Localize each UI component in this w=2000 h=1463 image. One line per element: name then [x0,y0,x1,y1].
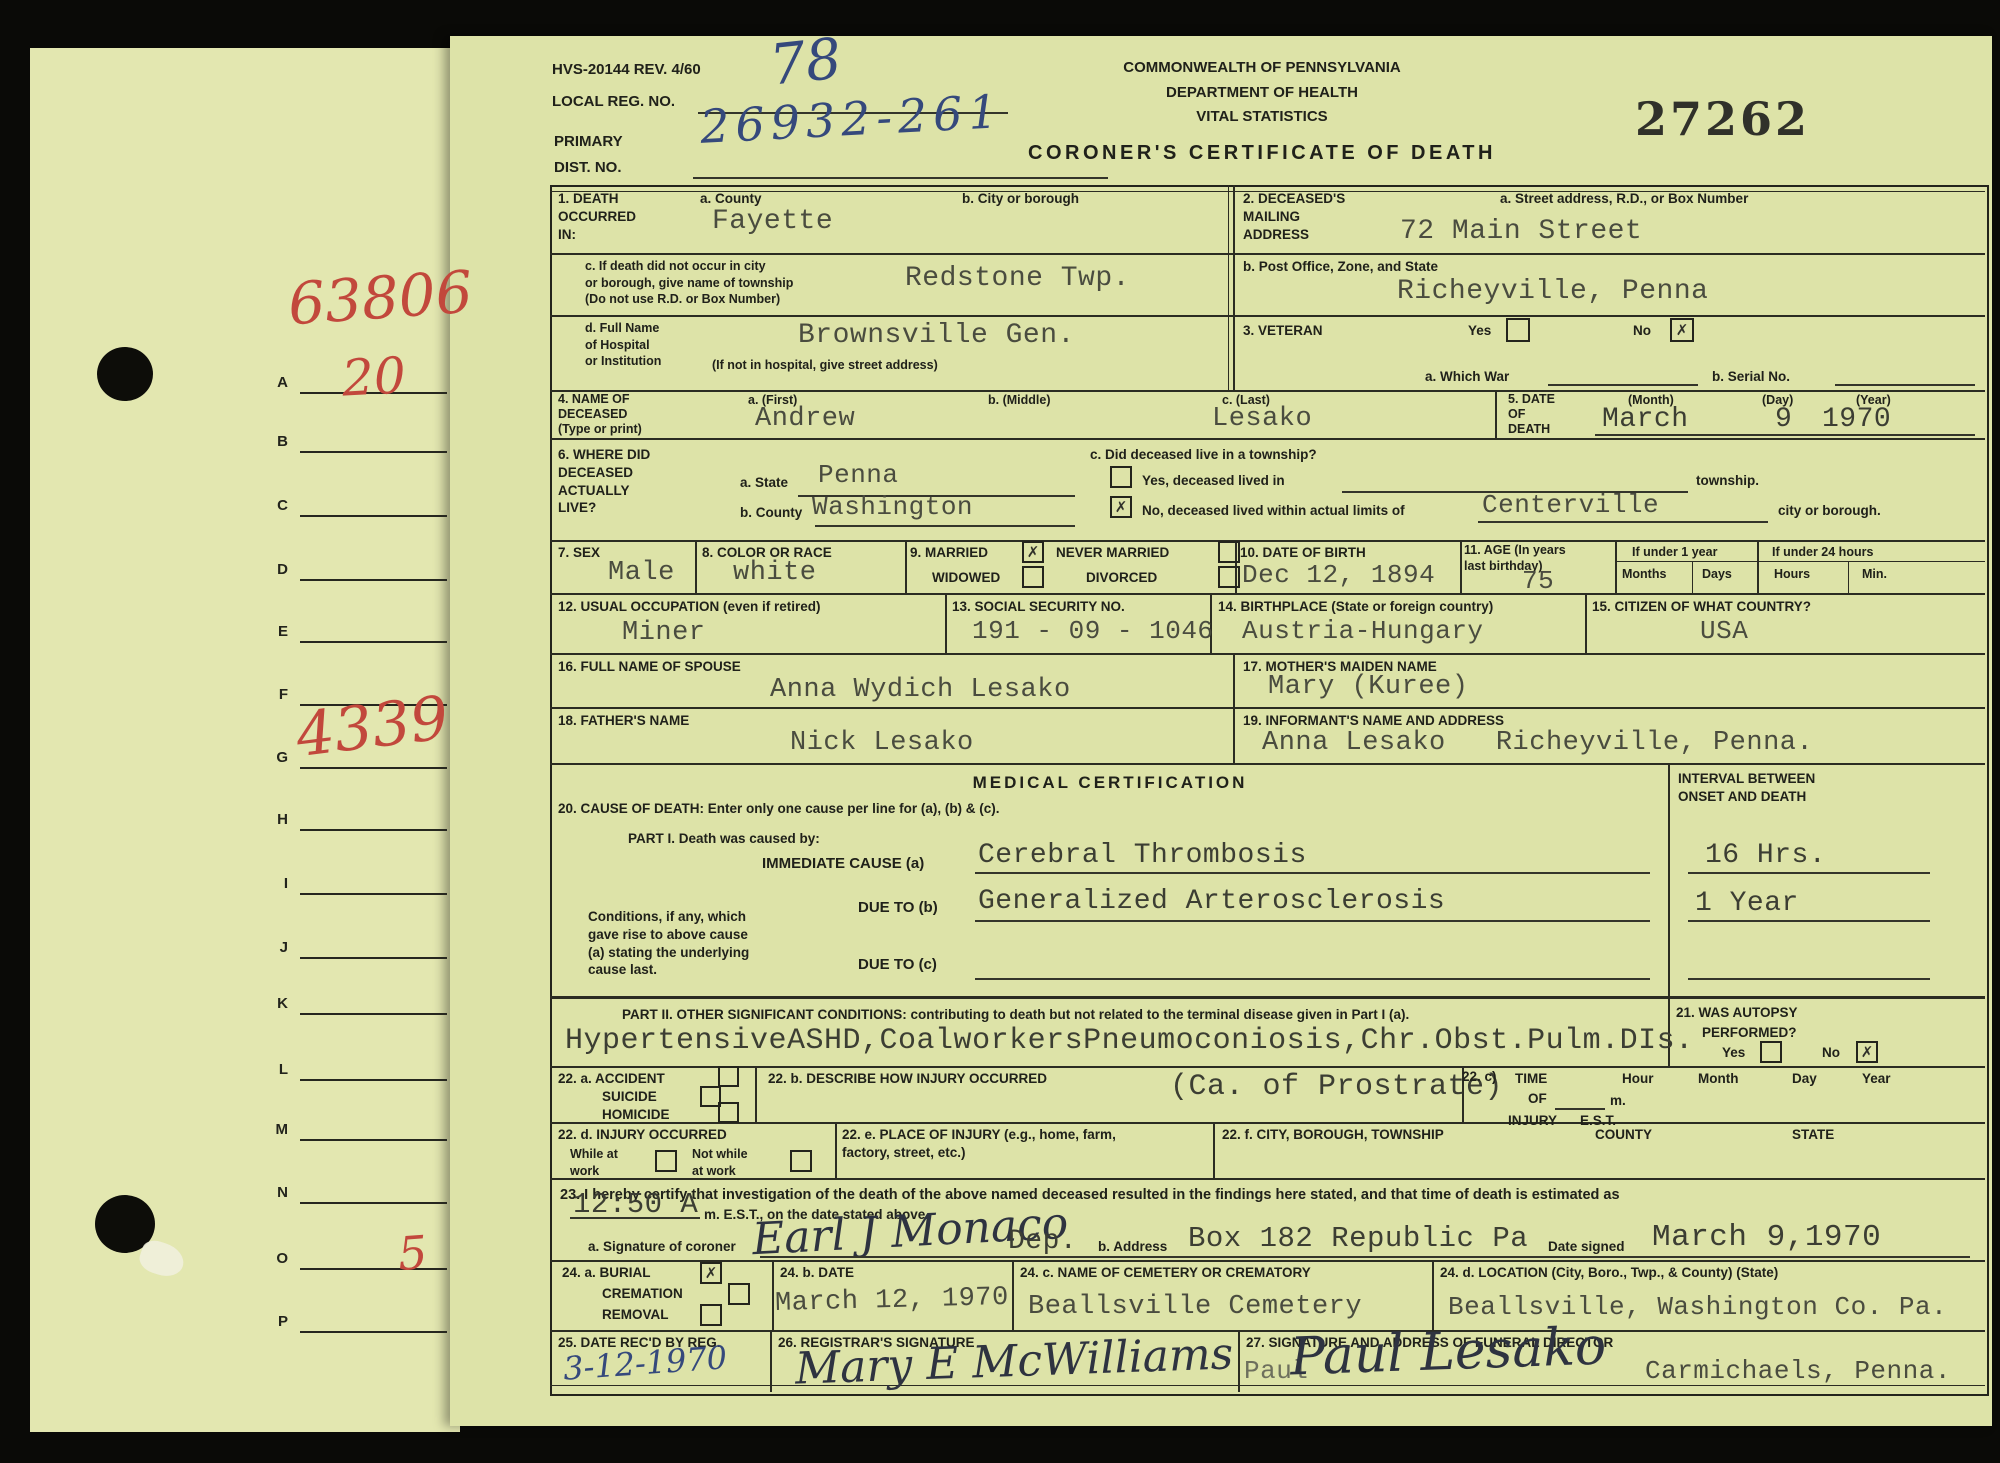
s11-min-label: Min. [1862,566,1887,583]
margin-line-e [300,641,447,643]
s6-limits-value: Centerville [1482,490,1659,520]
interval-header: INTERVAL BETWEEN ONSET AND DEATH [1678,770,1815,806]
s3-no-checkbox: ✗ [1670,318,1694,342]
s11-days-label: Days [1702,566,1732,583]
margin-letter-h: H [262,811,288,828]
margin-letter-b: B [262,433,288,450]
s22-c-of-label: OF [1528,1090,1547,1108]
s1-township-label: c. If death did not occur in city or bor… [585,258,793,308]
s9-married-checkbox: ✗ [1022,541,1044,563]
s1-label: 1. DEATH OCCURRED IN: [558,190,636,243]
s9-widowed-checkbox [1022,566,1044,588]
s21-label2: PERFORMED? [1702,1024,1797,1042]
s22-c-injury-label: INJURY [1508,1112,1557,1130]
s6-state-label: a. State [740,474,788,492]
s10-value: Dec 12, 1894 [1242,560,1435,590]
s22-c-number: 22. c) [1462,1068,1497,1086]
s22-homicide-label: HOMICIDE [602,1106,670,1124]
s20-part1-label: PART I. Death was caused by: [628,830,820,848]
s1-hospital-label: d. Full Name of Hospital or Institution [585,320,661,370]
s6-yes-text: Yes, deceased lived in [1142,472,1285,490]
s22-not-while-checkbox [790,1150,812,1172]
s5-label: 5. DATE OF DEATH [1508,392,1555,437]
dist-no-label: DIST. NO. [554,158,622,178]
funeral-director-signature: Paul Lesako [1289,1317,1607,1388]
s24-location-label: 24. d. LOCATION (City, Boro., Twp., & Co… [1440,1264,1778,1282]
s20-immediate-interval: 16 Hrs. [1705,840,1826,871]
margin-letter-p: P [262,1313,288,1330]
margin-letter-n: N [262,1184,288,1201]
primary-label: PRIMARY [554,132,623,152]
s24-removal-checkbox [700,1304,722,1326]
s13-value: 191 - 09 - 1046 [972,616,1214,646]
margin-letter-c: C [262,497,288,514]
part2-label: PART II. OTHER SIGNIFICANT CONDITIONS: c… [622,1006,1409,1024]
s1-hospital-value: Brownsville Gen. [798,320,1075,351]
s14-label: 14. BIRTHPLACE (State or foreign country… [1218,598,1493,616]
s12-value: Miner [622,618,706,648]
s6-county-value: Washington [812,492,973,522]
s24-cemetery-value: Beallsville Cemetery [1028,1292,1362,1322]
s9-never-label: NEVER MARRIED [1056,544,1169,562]
s2-label: 2. DECEASED'S MAILING ADDRESS [1243,190,1345,243]
scanned-death-certificate: A63806B20CDEFGH4339IJKLMNOP5 HVS-20144 R… [0,0,2000,1463]
s20-immediate-label: IMMEDIATE CAUSE (a) [762,854,924,874]
s22-not-while-label: Not while at work [692,1146,748,1179]
s4-label: 4. NAME OF DECEASED (Type or print) [558,392,642,437]
margin-letter-o: O [262,1250,288,1267]
s20-due-b-label: DUE TO (b) [858,898,938,918]
s20-conditions-note: Conditions, if any, which gave rise to a… [588,908,749,979]
s22-state-label: STATE [1792,1126,1834,1144]
s23-date-signed-value: March 9,1970 [1652,1220,1881,1255]
margin-letter-f: F [262,686,288,703]
s9-widowed-label: WIDOWED [932,569,1000,587]
s18-label: 18. FATHER'S NAME [558,712,689,730]
s22-f-label: 22. f. CITY, BOROUGH, TOWNSHIP [1222,1126,1444,1144]
s6-city-suffix: city or borough. [1778,502,1881,520]
punch-hole-top [97,347,153,401]
margin-value-a-handwritten: 63806 [286,258,475,339]
s1-township-value: Redstone Twp. [905,263,1130,294]
s22-e-label: 22. e. PLACE OF INJURY (e.g., home, farm… [842,1126,1116,1162]
s6-label: 6. WHERE DID DECEASED ACTUALLY LIVE? [558,446,650,517]
commonwealth-heading: COMMONWEALTH OF PENNSYLVANIA [1032,58,1492,78]
s23-date-signed-label: Date signed [1548,1238,1625,1256]
s7-value: Male [608,558,675,588]
s22-month-label: Month [1698,1070,1738,1088]
s3-yes-checkbox [1506,318,1530,342]
s19-value: Anna Lesako Richeyville, Penna. [1262,728,1813,758]
s9-divorced-label: DIVORCED [1086,569,1157,587]
margin-line-h [300,829,447,831]
s3-yes-label: Yes [1468,322,1491,340]
s6-no-checkbox: ✗ [1110,496,1132,518]
s12-label: 12. USUAL OCCUPATION (even if retired) [558,598,821,616]
margin-line-b [300,451,447,453]
local-reg-label: LOCAL REG. NO. [552,92,675,112]
s6-no-text: No, deceased lived within actual limits … [1142,502,1405,520]
s5-month-value: March [1602,404,1689,435]
s24-burial-checkbox: ✗ [700,1262,722,1284]
s22-county-label: COUNTY [1595,1126,1652,1144]
s7-label: 7. SEX [558,544,600,562]
s4-last-value: Lesako [1212,404,1312,434]
s22-suicide-label: SUICIDE [602,1088,657,1106]
s5-day-value: 9 [1775,404,1792,435]
medical-certification-title: MEDICAL CERTIFICATION [960,772,1260,794]
margin-line-m [300,1139,447,1141]
s23-certify-text: 23. I hereby certify that investigation … [560,1186,1970,1205]
s8-value: white [733,558,817,588]
s23-dep-suffix: Dep. [1008,1226,1077,1257]
s6-county-label: b. County [740,504,802,522]
s22-day-label: Day [1792,1070,1817,1088]
s21-no-label: No [1822,1044,1840,1062]
margin-line-i [300,893,447,895]
s6-yes-checkbox [1110,466,1132,488]
s22-c-m-label: m. [1610,1092,1626,1110]
s22-c-time-label: TIME [1515,1070,1547,1088]
s21-no-checkbox: ✗ [1856,1041,1878,1063]
s20-due-b-value: Generalized Arterosclerosis [978,886,1445,917]
margin-line-k [300,1013,447,1015]
form-number: HVS-20144 REV. 4/60 [552,60,701,80]
vital-statistics-heading: VITAL STATISTICS [1032,107,1492,127]
margin-line-l [300,1079,447,1081]
s9-divorced-checkbox [1218,566,1240,588]
s24-cremation-label: CREMATION [602,1285,683,1303]
s20-due-b-interval: 1 Year [1695,888,1799,919]
s4-first-value: Andrew [755,404,855,434]
s2-postoffice-value: Richeyville, Penna [1397,276,1708,307]
s23-address-label: b. Address [1098,1238,1167,1256]
s11-under-day-label: If under 24 hours [1772,544,1873,561]
margin-letter-i: I [262,875,288,892]
s24-cemetery-label: 24. c. NAME OF CEMETERY OR CREMATORY [1020,1264,1311,1282]
s9-married-label: 9. MARRIED [910,544,988,562]
margin-value-p-handwritten: 5 [396,1225,429,1281]
s23-address-value: Box 182 Republic Pa [1188,1222,1528,1255]
s22-accident-label: 22. a. ACCIDENT [558,1070,665,1088]
s3-label: 3. VETERAN [1243,322,1323,340]
s6-township-question: c. Did deceased live in a township? [1090,446,1317,464]
s6-state-value: Penna [818,460,899,490]
s18-value: Nick Lesako [790,728,974,758]
s20-label: 20. CAUSE OF DEATH: Enter only one cause… [558,800,1000,818]
s27-address-value: Carmichaels, Penna. [1645,1356,1951,1386]
s21-yes-checkbox [1760,1041,1782,1063]
s22-hour-label: Hour [1622,1070,1654,1088]
s11-value: 75 [1522,566,1554,596]
s24-date-value: March 12, 1970 [775,1283,1010,1319]
s21-yes-label: Yes [1722,1044,1745,1062]
s23-signature-label: a. Signature of coroner [588,1238,736,1256]
s11-under-year-label: If under 1 year [1632,544,1717,561]
certificate-serial-stamp: 27262 [1635,92,1810,146]
s16-value: Anna Wydich Lesako [770,675,1071,705]
s22-homicide-checkbox [718,1102,739,1123]
s2-postoffice-label: b. Post Office, Zone, and State [1243,258,1438,276]
s2-street-label: a. Street address, R.D., or Box Number [1500,190,1748,208]
s17-value: Mary (Kuree) [1268,672,1468,702]
s3-serial-label: b. Serial No. [1712,368,1790,386]
margin-letter-j: J [262,939,288,956]
department-heading: DEPARTMENT OF HEALTH [1032,83,1492,103]
margin-line-j [300,957,447,959]
s24-cremation-checkbox [728,1283,750,1305]
margin-letter-m: M [262,1121,288,1138]
s20-immediate-value: Cerebral Thrombosis [978,840,1307,871]
margin-letter-e: E [262,623,288,640]
s22-while-checkbox [655,1150,677,1172]
s22-b-value: (Ca. of Prostrate) [1170,1070,1503,1104]
s22-year-label: Year [1862,1070,1891,1088]
certificate-title: CORONER'S CERTIFICATE OF DEATH [1002,140,1522,166]
margin-letter-d: D [262,561,288,578]
s22-b-label: 22. b. DESCRIBE HOW INJURY OCCURRED [768,1070,1047,1088]
s5-year-value: 1970 [1822,404,1891,435]
s4-middle-label: b. (Middle) [988,392,1051,409]
s14-value: Austria-Hungary [1242,616,1484,646]
s9-never-checkbox [1218,541,1240,563]
s15-value: USA [1700,616,1748,646]
s3-war-label: a. Which War [1425,368,1509,386]
margin-line-d [300,579,447,581]
s1-city-label: b. City or borough [962,190,1079,208]
s24-removal-label: REMOVAL [602,1306,669,1324]
margin-line-p [300,1331,447,1333]
s3-no-label: No [1633,322,1651,340]
s6-township-suffix: township. [1696,472,1759,490]
margin-letter-a: A [262,374,288,391]
margin-value-b-handwritten: 20 [341,346,408,407]
s16-label: 16. FULL NAME OF SPOUSE [558,658,741,676]
s24-location-value: Beallsville, Washington Co. Pa. [1448,1292,1947,1322]
s2-street-value: 72 Main Street [1400,216,1642,247]
margin-line-c [300,515,447,517]
margin-line-n [300,1202,447,1204]
part2-value: HypertensiveASHD,CoalworkersPneumoconios… [565,1024,1694,1058]
s22-d-label: 22. d. INJURY OCCURRED [558,1126,727,1144]
s11-hours-label: Hours [1774,566,1810,583]
margin-letter-g: G [262,749,288,766]
s22-while-label: While at work [570,1146,618,1179]
s13-label: 13. SOCIAL SECURITY NO. [952,598,1125,616]
s24-burial-label: 24. a. BURIAL [562,1264,651,1282]
s1-county-value: Fayette [712,206,833,237]
s15-label: 15. CITIZEN OF WHAT COUNTRY? [1592,598,1811,616]
s24-date-label: 24. b. DATE [780,1264,854,1282]
s21-label: 21. WAS AUTOPSY [1676,1004,1798,1022]
s1-hospital-note: (If not in hospital, give street address… [712,357,938,374]
margin-letter-k: K [262,995,288,1012]
margin-letter-l: L [262,1061,288,1078]
s22-accident-checkbox [718,1066,739,1087]
s11-months-label: Months [1622,566,1666,583]
local-reg-number-handwritten: 78 [767,26,845,98]
s20-due-c-label: DUE TO (c) [858,955,937,975]
